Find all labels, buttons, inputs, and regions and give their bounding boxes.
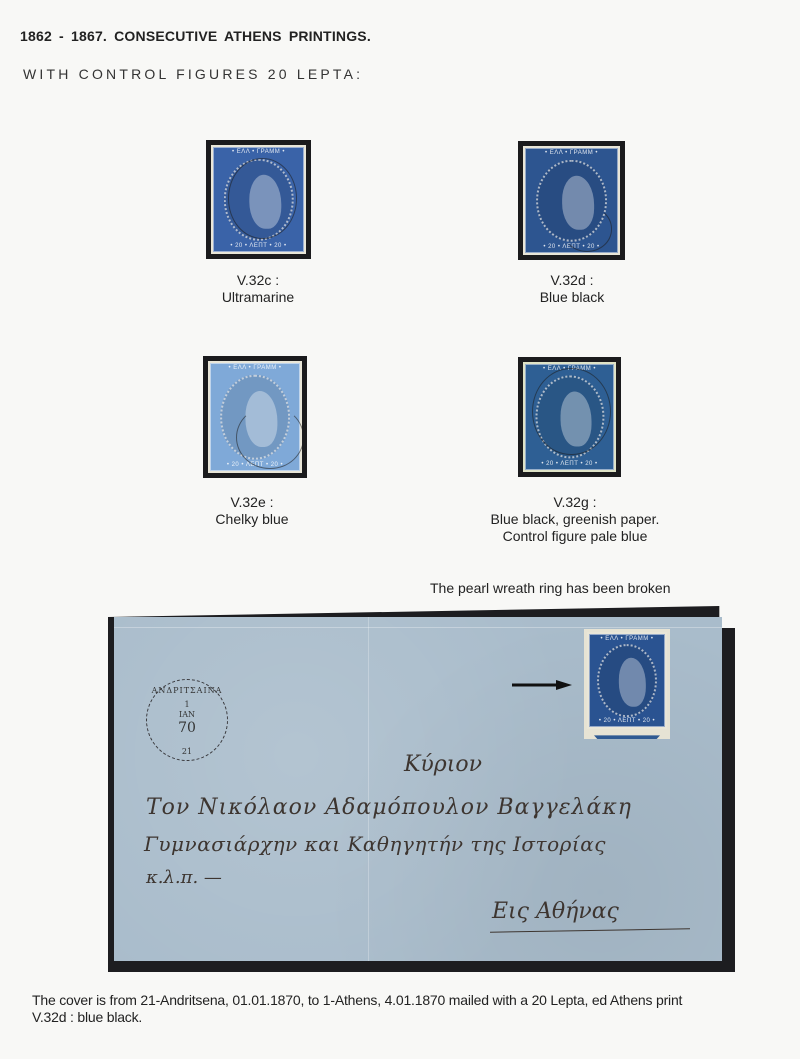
postal-cover: ΑΝΔΡΙΤΣΑΙΝΑ 1 ΙΑΝ 70 21 • ΕΛΛ • ΓΡΑΜΜ • … bbox=[114, 617, 722, 961]
cover-stamp-v32d: • ΕΛΛ • ΓΡΑΜΜ • • 20 • ΛΕΠΤ • 20 • bbox=[584, 629, 670, 739]
handwriting-salutation: Κύριον bbox=[404, 752, 482, 777]
postmark-year: 70 bbox=[147, 720, 227, 736]
handwriting-address-line2: Γυμνασιάρχην και Καθηγητήν της Ιστορίας bbox=[144, 832, 606, 856]
stamp-caption-v32d: V.32d : Blue black bbox=[512, 272, 632, 306]
handwriting-destination: Εις Αθήνας bbox=[492, 899, 619, 924]
postmark-andritsena: ΑΝΔΡΙΤΣΑΙΝΑ 1 ΙΑΝ 70 21 bbox=[146, 679, 228, 761]
stamp-image: • ΕΛΛ • ΓΡΑΜΜ • • 20 • ΛΕΠΤ • 20 • bbox=[211, 145, 306, 254]
cover-description-line2: V.32d : blue black. bbox=[32, 1009, 682, 1026]
postmark-day: 1 bbox=[147, 700, 227, 709]
postmark-month: ΙΑΝ bbox=[147, 710, 227, 719]
arrow-right-icon bbox=[512, 680, 572, 690]
stamp-mount-v32e: • ΕΛΛ • ΓΡΑΜΜ • • 20 • ΛΕΠΤ • 20 • bbox=[203, 356, 307, 478]
stamp-inscription-bottom: • 20 • ΛΕΠΤ • 20 • bbox=[219, 242, 298, 251]
stamp-caption-v32c: V.32c : Ultramarine bbox=[198, 272, 318, 306]
catalog-number: V.32g : bbox=[450, 494, 700, 511]
cancellation-mark bbox=[532, 368, 610, 456]
stamp-mount-v32c: • ΕΛΛ • ΓΡΑΜΜ • • 20 • ΛΕΠΤ • 20 • bbox=[206, 140, 311, 259]
stamp-image: • ΕΛΛ • ΓΡΑΜΜ • • 20 • ΛΕΠΤ • 20 • bbox=[208, 361, 302, 473]
stamp-inscription-bottom: • 20 • ΛΕΠΤ • 20 • bbox=[531, 460, 608, 469]
color-description: Blue black, greenish paper. bbox=[450, 511, 700, 528]
cancellation-mark bbox=[236, 406, 302, 470]
stamp-caption-v32g: V.32g : Blue black, greenish paper. Cont… bbox=[450, 494, 700, 545]
stamp-mount-v32d: • ΕΛΛ • ΓΡΑΜΜ • • 20 • ΛΕΠΤ • 20 • bbox=[518, 141, 625, 260]
control-figure-description: Control figure pale blue bbox=[450, 528, 700, 545]
stamp-inscription-bottom: • 20 • ΛΕΠΤ • 20 • bbox=[595, 717, 659, 726]
handwriting-address-line3: κ.λ.π. — bbox=[146, 867, 222, 888]
handwriting-address-line1: Τον Νικόλαον Αδαμόπουλον Βαγγελάκη bbox=[146, 795, 632, 820]
color-description: Ultramarine bbox=[198, 289, 318, 306]
stamp-image: • ΕΛΛ • ΓΡΑΜΜ • • 20 • ΛΕΠΤ • 20 • bbox=[523, 362, 616, 472]
catalog-number: V.32c : bbox=[198, 272, 318, 289]
cover-description: The cover is from 21-Andritsena, 01.01.1… bbox=[32, 992, 682, 1026]
adjacent-stamp-margin bbox=[594, 733, 660, 739]
stamp-image: • ΕΛΛ • ΓΡΑΜΜ • • 20 • ΛΕΠΤ • 20 • bbox=[523, 146, 620, 255]
catalog-number: V.32d : bbox=[512, 272, 632, 289]
stamp-inscription-top: • ΕΛΛ • ΓΡΑΜΜ • bbox=[216, 364, 294, 373]
stamp-mount-v32g: • ΕΛΛ • ΓΡΑΜΜ • • 20 • ΛΕΠΤ • 20 • bbox=[518, 357, 621, 477]
color-description: Chelky blue bbox=[192, 511, 312, 528]
postmark-number: 21 bbox=[147, 747, 227, 756]
page-subtitle: WITH CONTROL FIGURES 20 LEPTA: bbox=[23, 66, 363, 82]
cover-annotation: The pearl wreath ring has been broken bbox=[430, 580, 670, 596]
cancellation-mark bbox=[562, 206, 613, 252]
stamp-caption-v32e: V.32e : Chelky blue bbox=[192, 494, 312, 528]
cancellation-mark bbox=[228, 158, 297, 238]
page-title: 1862 - 1867. CONSECUTIVE ATHENS PRINTING… bbox=[20, 28, 371, 44]
stamp-inscription-top: • ΕΛΛ • ΓΡΑΜΜ • bbox=[219, 148, 298, 157]
catalog-number: V.32e : bbox=[192, 494, 312, 511]
postmark-town: ΑΝΔΡΙΤΣΑΙΝΑ bbox=[147, 686, 227, 695]
cover-description-line1: The cover is from 21-Andritsena, 01.01.1… bbox=[32, 992, 682, 1009]
stamp-inscription-top: • ΕΛΛ • ΓΡΑΜΜ • bbox=[531, 149, 612, 158]
destination-underline bbox=[490, 928, 690, 932]
stamp-image: • ΕΛΛ • ΓΡΑΜΜ • • 20 • ΛΕΠΤ • 20 • bbox=[587, 632, 667, 729]
color-description: Blue black bbox=[512, 289, 632, 306]
